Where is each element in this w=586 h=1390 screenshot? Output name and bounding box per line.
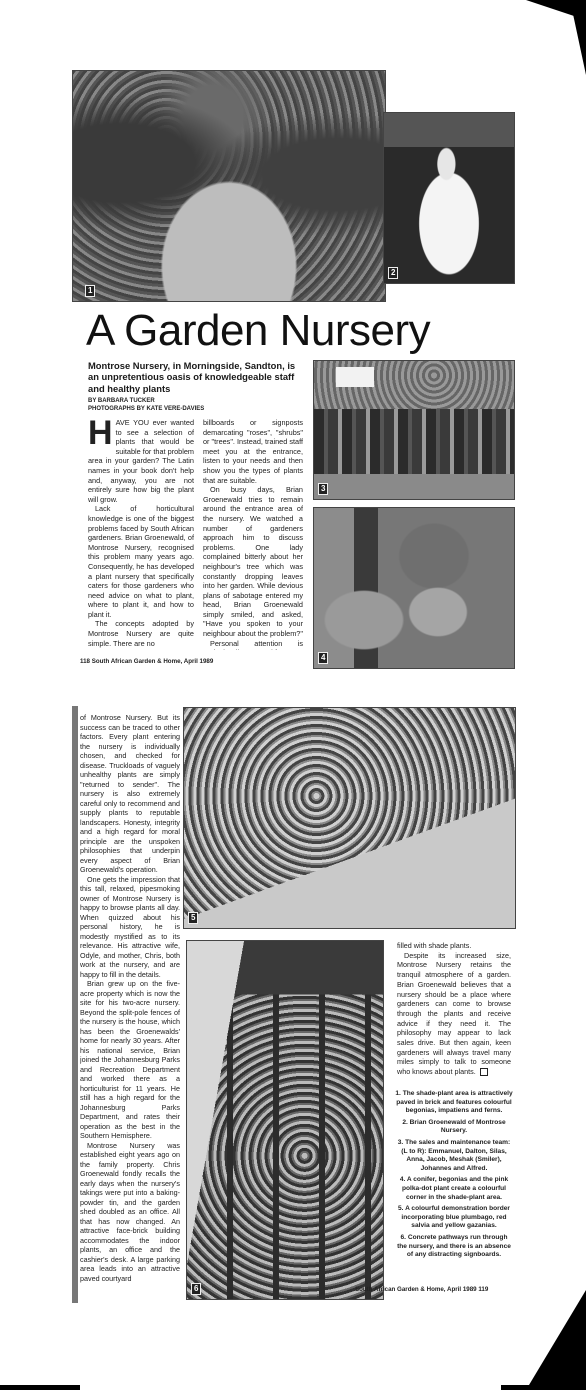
page-118-column-1: HAVE YOU ever wanted to see a selection … [88,418,194,650]
photo-captions: 1. The shade-plant area is attractively … [395,1090,513,1263]
photo-number-badge: 6 [191,1283,201,1295]
photo-ground [314,474,514,499]
photo-number-badge: 5 [188,912,198,924]
paragraph: Lack of horticultural knowledge is one o… [88,504,194,619]
nursery-sign [336,367,374,387]
photo-5-demonstration-border: 5 [183,707,516,929]
page-118-column-2: billboards or signposts demarcating "ros… [203,418,303,650]
paragraph: Despite its increased size, Montrose Nur… [397,951,511,1077]
photo-number-badge: 3 [318,483,328,495]
drop-cap: H [88,419,113,447]
paragraph: Personal attention is undoubtedly a cent… [203,639,303,650]
paragraph: On busy days, Brian Groenewald tries to … [203,485,303,639]
paragraph: One gets the impression that this tall, … [80,875,180,980]
photo-number-badge: 1 [85,285,95,297]
paragraph: billboards or signposts demarcating "ros… [203,418,303,485]
photo-1-shade-plant-area: 1 [72,70,386,302]
scan-corner-bottom-right [526,1290,586,1390]
paragraph: filled with shade plants. [397,941,511,951]
caption-2: 2. Brian Groenewald of Montrose Nursery. [395,1119,513,1136]
photo-4-conifer-pots: 4 [313,507,515,669]
paragraph: Brian grew up on the five-acre property … [80,979,180,1141]
page-119-column-2: filled with shade plants. Despite its in… [397,941,511,1077]
paragraph: of Montrose Nursery. But its success can… [80,713,180,875]
scan-bar-bottom-right [501,1385,586,1390]
paragraph: Montrose Nursery was established eight y… [80,1141,180,1284]
caption-1: 1. The shade-plant area is attractively … [395,1090,513,1116]
photo-number-badge: 4 [318,652,328,664]
paragraph: The concepts adopted by Montrose Nursery… [88,619,194,648]
photo-2-brian-groenewald: 2 [383,112,515,284]
caption-5: 5. A colourful demonstration border inco… [395,1205,513,1231]
photo-3-sales-team: 3 [313,360,515,500]
page-118-folio: 118 South African Garden & Home, April 1… [80,658,213,665]
page-119-folio: South African Garden & Home, April 1989 … [355,1286,488,1293]
caption-6: 6. Concrete pathways run through the nur… [395,1234,513,1260]
caption-3: 3. The sales and maintenance team: (L to… [395,1139,513,1173]
scan-corner-top-right-2 [570,0,586,75]
photo-6-concrete-pathways: 6 [186,940,384,1300]
byline-author: by BARBARA TUCKER [88,397,204,405]
article-deck: Montrose Nursery, in Morningside, Sandto… [88,360,298,394]
byline: by BARBARA TUCKER photographs by KATE VE… [88,397,204,413]
page-119-column-1: of Montrose Nursery. But its success can… [80,713,180,1298]
byline-photographer: photographs by KATE VERE-DAVIES [88,405,204,413]
scan-bar-bottom-left [0,1385,80,1390]
article-title: A Garden Nursery [86,306,430,356]
end-mark-icon [480,1068,488,1076]
caption-4: 4. A conifer, begonias and the pink polk… [395,1176,513,1202]
photo-number-badge: 2 [388,267,398,279]
